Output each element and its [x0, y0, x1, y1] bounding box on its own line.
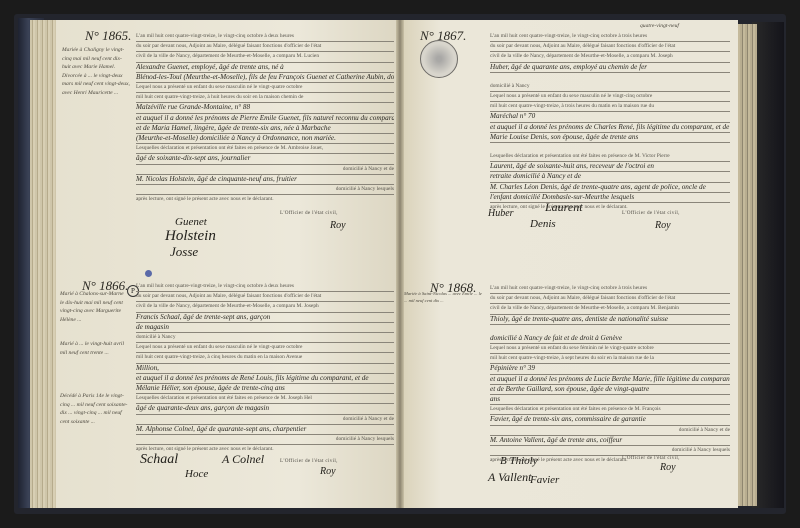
record-line: domicilié à Nancy et de [490, 426, 730, 436]
record-line: du soir par devant nous, Adjoint au Mair… [136, 292, 394, 302]
record-line: l'enfant domicilié Dombasle-sur-Meurthe … [490, 193, 730, 203]
record-line: civil de la ville de Nancy, département … [490, 304, 730, 314]
officer-signature: Roy [320, 466, 336, 477]
record-line: mil huit cent quatre-vingt-treize, à cin… [136, 353, 394, 363]
margin-annotation: Mariée à Saint-Nicolas ... avec Emile ..… [404, 290, 484, 304]
signature: Laurent [545, 200, 583, 215]
record-line: M. Antoine Vallent, âgé de trente ans, c… [490, 436, 730, 446]
record-line: Lesquelles déclaration et présentation o… [490, 405, 730, 415]
seal-icon [420, 40, 458, 78]
signature: A Vallent [488, 470, 531, 485]
signature: Hoce [185, 468, 208, 480]
record-line: et auquel il a donné les prénoms de Luci… [490, 375, 730, 385]
margin-annotation: Mariée à Chaligny le vingt-cinq mai mil … [62, 46, 130, 98]
record-line: Maréchal n° 70 [490, 112, 730, 122]
signature: A Colnel [222, 452, 264, 467]
record-line: civil de la ville de Nancy, département … [490, 52, 730, 62]
record-line: Mélanie Hélier, son épouse, âgée de tren… [136, 384, 394, 394]
officer-label: L'Officier de l'état civil, [280, 210, 338, 216]
record-line: Lequel nous a présenté un enfant du sexe… [136, 83, 394, 93]
margin-annotation: Marié à ... le vingt-huit avril mil neuf… [60, 340, 128, 357]
record-line: Marie Louise Denis, son épouse, âgée de … [490, 133, 730, 143]
record-line: domicilié à Nancy [136, 333, 394, 343]
record-body: L'an mil huit cent quatre-vingt-treize, … [490, 32, 730, 212]
record-line: civil de la ville de Nancy, département … [136, 302, 394, 312]
officer-signature: Roy [330, 220, 346, 231]
record-line: domicilié à Nancy de fait et de droit à … [490, 334, 730, 344]
record-line: et auquel il a donné les prénoms de Char… [490, 123, 730, 133]
record-line: du soir par devant nous, Adjoint au Mair… [490, 294, 730, 304]
record-line: domicilié à Nancy et de [136, 415, 394, 425]
record-line: retraite domicilié à Nancy et de [490, 172, 730, 182]
record-line: M. Nicolas Holstein, âgé de cinquante-ne… [136, 175, 394, 185]
officer-signature: Roy [655, 220, 671, 231]
record-line: Thioly, âgé de trente-quatre ans, dentis… [490, 315, 730, 325]
margin-annotation: Décédé à Paris 14e le vingt-cinq ... mil… [60, 392, 128, 426]
margin-annotation: Marié à Chalons-sur-Marne le dix-huit ma… [60, 290, 128, 324]
signature: Schaal [140, 452, 178, 468]
officer-label: L'Officier de l'état civil, [280, 458, 338, 464]
record-body: L'an mil huit cent quatre-vingt-treize, … [490, 284, 730, 465]
record-line: âgé de soixante-dix-sept ans, journalier [136, 154, 394, 164]
record-line: Francis Schaal, âgé de trente-sept ans, … [136, 313, 394, 323]
record-line: civil de la ville de Nancy, département … [136, 52, 394, 62]
record-line: Lequel nous a présenté un enfant du sexe… [136, 343, 394, 353]
record-line: mil huit cent quatre-vingt-treize, à tro… [490, 102, 730, 112]
record-line: du soir par devant nous, Adjoint au Mair… [490, 42, 730, 52]
record-line: Lequel nous a présenté un enfant du sexe… [490, 344, 730, 354]
officer-signature: Roy [660, 462, 676, 473]
record-body: L'an mil huit cent quatre-vingt-treize, … [136, 32, 394, 204]
record-line: Pépinière n° 39 [490, 364, 730, 374]
record-line: de magasin [136, 323, 394, 333]
record-line: du soir par devant nous, Adjoint au Mair… [136, 42, 394, 52]
record-line: Million, [136, 364, 394, 374]
record-line: ans [490, 395, 730, 405]
record-line: M. Alphonse Colnel, âgé de quarante-sept… [136, 425, 394, 435]
record-line: (Meurthe-et-Moselle) domiciliée à Nancy … [136, 134, 394, 144]
record-line: et auquel il a donné les prénoms de Pier… [136, 114, 394, 124]
record-body: L'an mil huit cent quatre-vingt-treize, … [136, 282, 394, 454]
record-line: Favier, âgé de trente-six ans, commissai… [490, 415, 730, 425]
record-line: et de Berthe Gaillard, son épouse, âgée … [490, 385, 730, 395]
record-line: L'an mil huit cent quatre-vingt-treize, … [136, 32, 394, 42]
record-line: M. Charles Léon Denis, âgé de trente-qua… [490, 183, 730, 193]
book-gutter [396, 20, 404, 508]
record-line: Huber, âgé de quarante ans, employé au c… [490, 63, 730, 73]
record-line: Lesquelles déclaration et présentation o… [136, 144, 394, 154]
record-line: âgé de quarante-deux ans, garçon de maga… [136, 404, 394, 414]
record-line: Malzéville rue Grande-Montaine, n° 88 [136, 103, 394, 113]
record-line: L'an mil huit cent quatre-vingt-treize, … [136, 282, 394, 292]
signature: Josse [170, 244, 198, 260]
record-line: Lesquelles déclaration et présentation o… [136, 394, 394, 404]
record-line: Blénod-les-Toul (Meurthe-et-Moselle), fi… [136, 73, 394, 83]
record-number: N° 1865. [85, 28, 131, 44]
page-edges-right [735, 24, 757, 506]
record-line: domicilié à Nancy lesquels [136, 185, 394, 195]
record-line: Lesquelles déclaration et présentation o… [490, 152, 730, 162]
signature: B Thioly [500, 455, 538, 467]
record-line: mil huit cent quatre-vingt-treize, à sep… [490, 354, 730, 364]
signature: Huber [488, 208, 514, 219]
signature: Denis [530, 218, 556, 230]
record-line: après lecture, ont signé le présent acte… [490, 203, 730, 212]
record-line: et auquel il a donné les prénoms de René… [136, 374, 394, 384]
record-line: Alexandre Guenet, employé, âgé de trente… [136, 63, 394, 73]
record-line: mil huit cent quatre-vingt-treize, à hui… [136, 93, 394, 103]
record-line: domicilié à Nancy lesquels [136, 435, 394, 445]
record-line: Laurent, âgé de soixante-huit ans, recev… [490, 162, 730, 172]
record-line: et de Maria Hamel, lingère, âgée de tren… [136, 124, 394, 134]
blue-stamp-icon [145, 270, 152, 277]
signature: Holstein [165, 228, 216, 245]
record-line: Lequel nous a présenté un enfant du sexe… [490, 92, 730, 102]
officer-label: L'Officier de l'état civil, [622, 455, 680, 461]
record-line: domicilié à Nancy et de [136, 165, 394, 175]
record-line: domicilié à Nancy [490, 82, 730, 92]
record-line: après lecture, ont signé le présent acte… [136, 195, 394, 204]
officer-label: L'Officier de l'état civil, [622, 210, 680, 216]
record-line: L'an mil huit cent quatre-vingt-treize, … [490, 284, 730, 294]
signature: Guenet [175, 216, 207, 228]
record-line: L'an mil huit cent quatre-vingt-treize, … [490, 32, 730, 42]
signature: Favier [530, 474, 559, 486]
top-annotation: quatre-vingt-neuf [640, 22, 679, 31]
